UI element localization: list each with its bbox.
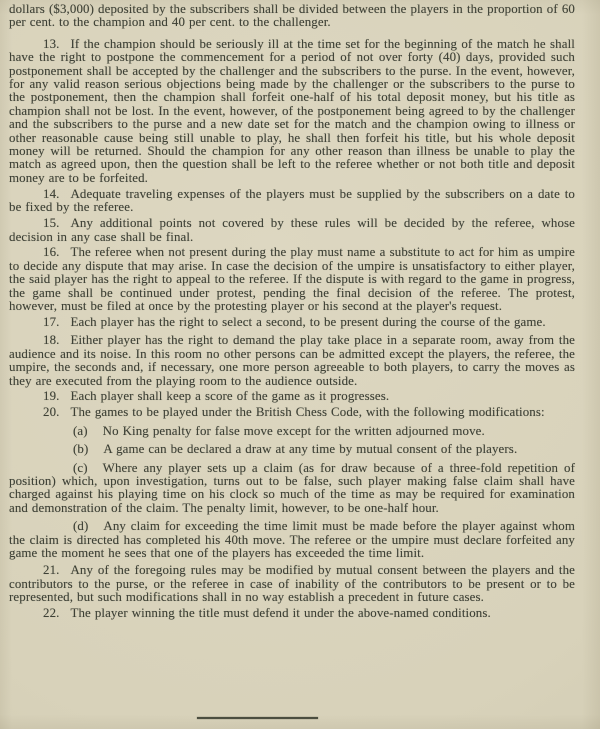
- paragraph-20d-number: (d): [73, 519, 88, 533]
- paragraph-22: 22.The player winning the title must def…: [9, 607, 575, 620]
- paragraph-13-number: 13.: [43, 37, 59, 51]
- paragraph-19: 19.Each player shall keep a score of the…: [9, 390, 575, 403]
- paragraph-20a: (a)No King penalty for false move except…: [9, 425, 575, 438]
- paragraph-20b-number: (b): [73, 442, 88, 456]
- end-of-rules-divider: [197, 717, 318, 719]
- paragraph-20-text: The games to be played under the British…: [70, 405, 544, 419]
- paragraph-20d: (d)Any claim for exceeding the time limi…: [9, 520, 575, 560]
- paragraph-16-text: The referee when not present during the …: [9, 245, 575, 313]
- paragraph-20a-number: (a): [73, 424, 88, 438]
- paragraph-15-text: Any additional points not covered by the…: [9, 216, 575, 243]
- paragraph-13: 13.If the champion should be seriously i…: [9, 38, 575, 185]
- paragraph-20: 20.The games to be played under the Brit…: [9, 406, 575, 419]
- paragraph-14: 14.Adequate traveling expenses of the pl…: [9, 188, 575, 215]
- paragraph-19-text: Each player shall keep a score of the ga…: [70, 389, 389, 403]
- paragraph-20c: (c)Where any player sets up a claim (as …: [9, 462, 575, 516]
- paragraph-17-text: Each player has the right to select a se…: [70, 315, 545, 329]
- paragraph-20d-text: Any claim for exceeding the time limit m…: [9, 519, 575, 560]
- paragraph-20c-text: Where any player sets up a claim (as for…: [9, 461, 575, 515]
- paragraph-15: 15.Any additional points not covered by …: [9, 217, 575, 244]
- paragraph-14-number: 14.: [43, 187, 59, 201]
- paragraph-13-text: If the champion should be seriously ill …: [9, 37, 575, 185]
- paragraph-21-text: Any of the foregoing rules may be modifi…: [9, 563, 575, 604]
- document-page: dollars ($3,000) deposited by the subscr…: [0, 0, 600, 729]
- paragraph-20b-text: A game can be declared a draw at any tim…: [103, 442, 517, 456]
- paragraph-20b: (b)A game can be declared a draw at any …: [9, 443, 575, 456]
- paragraph-16-number: 16.: [43, 245, 59, 259]
- paragraph-20-number: 20.: [43, 405, 59, 419]
- paragraph-14-text: Adequate traveling expenses of the playe…: [9, 187, 575, 214]
- paragraph-intro-continuation: dollars ($3,000) deposited by the subscr…: [9, 3, 575, 30]
- paragraph-21-number: 21.: [43, 563, 59, 577]
- paragraph-intro-continuation-text: dollars ($3,000) deposited by the subscr…: [9, 2, 575, 29]
- paragraph-18-number: 18.: [43, 333, 59, 347]
- paragraph-18-text: Either player has the right to demand th…: [9, 333, 575, 387]
- paragraph-21: 21.Any of the foregoing rules may be mod…: [9, 564, 575, 604]
- paragraph-22-number: 22.: [43, 606, 59, 620]
- rules-text-block: dollars ($3,000) deposited by the subscr…: [9, 3, 575, 621]
- paragraph-22-text: The player winning the title must defend…: [70, 606, 490, 620]
- paragraph-17-number: 17.: [43, 315, 59, 329]
- paragraph-20a-text: No King penalty for false move except fo…: [103, 424, 485, 438]
- paragraph-18: 18.Either player has the right to demand…: [9, 334, 575, 388]
- paragraph-19-number: 19.: [43, 389, 59, 403]
- paragraph-16: 16.The referee when not present during t…: [9, 246, 575, 313]
- paragraph-15-number: 15.: [43, 216, 59, 230]
- paragraph-20c-number: (c): [73, 461, 88, 475]
- paragraph-17: 17.Each player has the right to select a…: [9, 316, 575, 329]
